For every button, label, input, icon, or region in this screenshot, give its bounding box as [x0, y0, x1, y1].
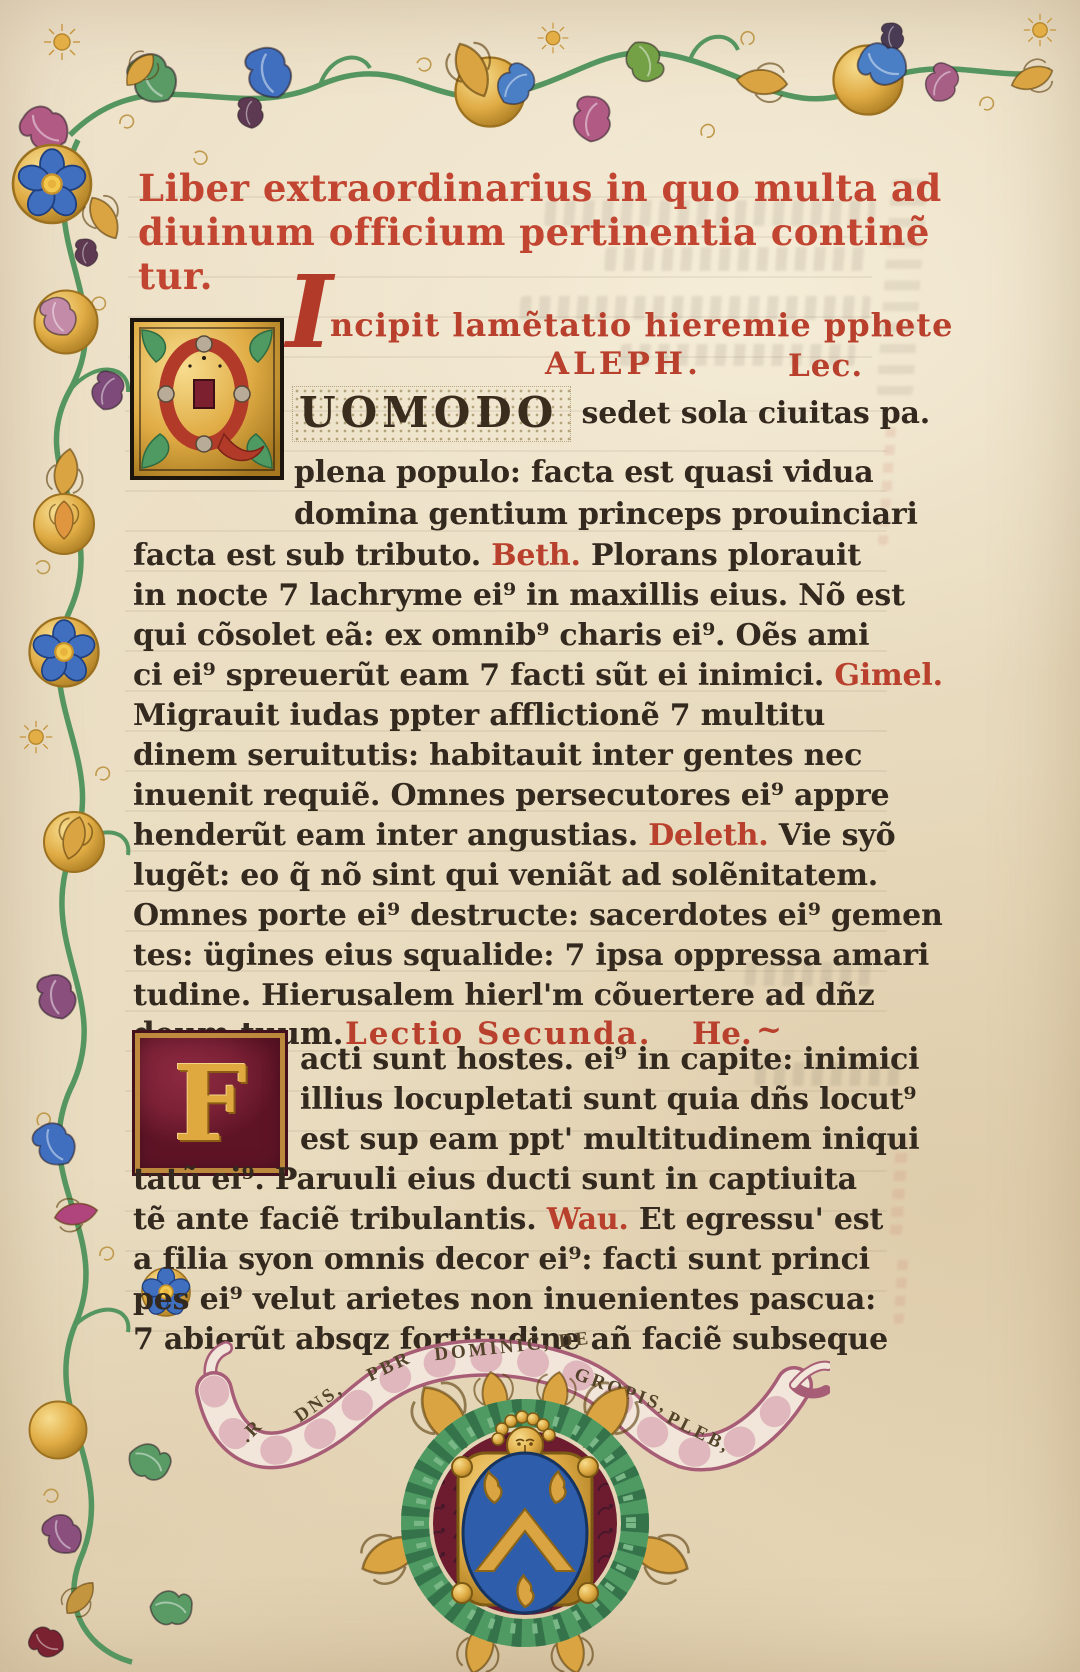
- green-leaf-icon: [621, 36, 667, 86]
- lectio-mark: Lec.: [788, 348, 863, 384]
- blue-acanthus-icon: [28, 1116, 82, 1173]
- manuscript-page: Liber extraordinarius in quo multa ad di…: [0, 0, 1080, 1672]
- text-line: dinem seruitutis: habitauit inter gentes…: [133, 736, 943, 776]
- black-ink-text: Omnes porte ei⁹ destructe: sacerdotes ei…: [133, 898, 943, 933]
- lesson2-indented-lines: acti sunt hostes. ei⁹ in capite: inimici…: [300, 1040, 919, 1160]
- text-line: henderũt eam inter angustias. Deleth. Vi…: [133, 816, 943, 856]
- black-ink-text: acti sunt hostes. ei⁹ in capite: inimici: [300, 1042, 919, 1077]
- gold-disc-icon: [29, 1402, 86, 1459]
- black-ink-text: Migrauit iudas ppter afflictionẽ 7 multi…: [133, 698, 825, 733]
- text-line: Omnes porte ei⁹ destructe: sacerdotes ei…: [133, 896, 943, 936]
- black-ink-text: facta est sub tributo.: [133, 538, 491, 573]
- sun-burst-icon: [1024, 14, 1056, 46]
- rubric-line: Liber extraordinarius in quo multa ad: [138, 166, 942, 210]
- black-ink-text: Vie syõ: [769, 818, 896, 853]
- gold-tulip-icon: [1006, 55, 1058, 101]
- text-line: a filia syon omnis decor ei⁹: facti sunt…: [133, 1240, 888, 1280]
- black-ink-text: henderũt eam inter angustias.: [133, 818, 648, 853]
- text-line: tẽ ante faciẽ tribulantis. Wau. Et egres…: [133, 1200, 888, 1240]
- illuminated-initial-f: F: [132, 1030, 288, 1176]
- rubric: Liber extraordinarius in quo multa ad di…: [138, 166, 942, 298]
- text-line: plena populo: facta est quasi vidua: [294, 452, 918, 494]
- text-line: domina gentium princeps prouinciari: [294, 494, 918, 536]
- red-ink-text: Deleth.: [648, 818, 768, 853]
- text-line: facta est sub tributo. Beth. Plorans plo…: [133, 536, 943, 576]
- purple-flower-icon: [35, 972, 79, 1022]
- pink-acanthus-icon: [571, 94, 615, 144]
- sun-burst-icon: [44, 24, 80, 60]
- lesson1-opening-line: UOMODO sedet sola ciuitas pa.: [292, 386, 930, 442]
- black-ink-text: tẽ ante faciẽ tribulantis.: [133, 1202, 547, 1237]
- text-line: lugẽt: eo q̃ nõ sint qui veniãt ad solẽn…: [133, 856, 943, 896]
- black-ink-text: lugẽt: eo q̃ nõ sint qui veniãt ad solẽn…: [133, 858, 878, 893]
- sun-burst-icon: [538, 23, 569, 54]
- black-ink-text: ci ei⁹ spreuerũt eam 7 facti sũt ei inim…: [133, 658, 834, 693]
- text-line: in nocte 7 lachryme ei⁹ in maxillis eius…: [133, 576, 943, 616]
- cadel-capitals: UOMODO: [292, 386, 571, 442]
- lesson1-lines: facta est sub tributo. Beth. Plorans plo…: [133, 536, 943, 1016]
- black-ink-text: plena populo: facta est quasi vidua: [294, 455, 874, 490]
- red-bud-icon: [25, 1621, 69, 1663]
- text-line: ci ei⁹ spreuerũt eam 7 facti sũt ei inim…: [133, 656, 943, 696]
- text-line: tes: ügines eius squalide: 7 ipsa oppres…: [133, 936, 943, 976]
- hebrew-letter-aleph: ALEPH.: [545, 346, 702, 382]
- red-ink-text: Gimel.: [834, 658, 943, 693]
- black-ink-text: domina gentium princeps prouinciari: [294, 497, 918, 532]
- green-leaf-icon: [148, 1588, 194, 1628]
- initial-letter-f: F: [173, 1042, 247, 1165]
- lesson1-indented-lines: plena populo: facta est quasi viduadomin…: [294, 452, 918, 536]
- black-ink-text: qui cõsolet eã: ex omnib⁹ charis ei⁹. Oẽ…: [133, 618, 869, 653]
- text-line: acti sunt hostes. ei⁹ in capite: inimici: [300, 1040, 919, 1080]
- black-ink-text: est sup eam ppt' multitudinem iniqui: [300, 1122, 919, 1157]
- purple-bud-icon: [75, 239, 97, 266]
- black-ink-text: pes ei⁹ velut arietes non inuenientes pa…: [133, 1282, 876, 1317]
- coat-of-arms: [330, 1355, 720, 1672]
- text-line: est sup eam ppt' multitudinem iniqui: [300, 1120, 919, 1160]
- black-ink-text: inuenit requiẽ. Omnes persecutores ei⁹ a…: [133, 778, 889, 813]
- text-line: tudine. Hierusalem hierl'm cõuertere ad …: [133, 976, 943, 1016]
- purple-bud-icon: [238, 97, 263, 128]
- black-ink-text: a filia syon omnis decor ei⁹: facti sunt…: [133, 1242, 870, 1277]
- rubric-line: diuinum officium pertinentia continẽ: [138, 210, 942, 254]
- text-line: Migrauit iudas ppter afflictionẽ 7 multi…: [133, 696, 943, 736]
- black-ink-text: in nocte 7 lachryme ei⁹ in maxillis eius…: [133, 578, 905, 613]
- gold-tulip-icon: [735, 61, 789, 104]
- text-line: pes ei⁹ velut arietes non inuenientes pa…: [133, 1280, 888, 1320]
- red-ink-text: Wau.: [547, 1202, 629, 1237]
- gold-tulip-icon: [44, 446, 87, 498]
- black-ink-text: Plorans plorauit: [581, 538, 861, 573]
- text-line: qui cõsolet eã: ex omnib⁹ charis ei⁹. Oẽ…: [133, 616, 943, 656]
- black-ink-text: tudine. Hierusalem hierl'm cõuertere ad …: [133, 978, 875, 1013]
- incipit-text: ncipit lamẽtatio hieremie pphete: [330, 306, 953, 344]
- green-leaf-icon: [123, 1437, 176, 1487]
- incipit-initial: I: [286, 262, 333, 362]
- red-ink-text: Beth.: [491, 538, 581, 573]
- opening-red-mark: pa.: [880, 394, 930, 434]
- text-line: illius locupletati sunt quia dñs locut⁹: [300, 1080, 919, 1120]
- black-ink-text: dinem seruitutis: habitauit inter gentes…: [133, 738, 862, 773]
- text-line: inuenit requiẽ. Omnes persecutores ei⁹ a…: [133, 776, 943, 816]
- rubric-line: tur.: [138, 254, 942, 298]
- sun-burst-icon: [20, 721, 52, 753]
- lesson2-lines: tatũ ei⁹. Paruuli eius ducti sunt in cap…: [133, 1160, 888, 1360]
- text-line: tatũ ei⁹. Paruuli eius ducti sunt in cap…: [133, 1160, 888, 1200]
- pink-acanthus-icon: [919, 59, 965, 107]
- black-ink-text: illius locupletati sunt quia dñs locut⁹: [300, 1082, 916, 1117]
- black-ink-text: Et egressu' est: [629, 1202, 883, 1237]
- illuminated-initial-q: [130, 318, 284, 480]
- black-ink-text: tes: ügines eius squalide: 7 ipsa oppres…: [133, 938, 929, 973]
- black-ink-text: tatũ ei⁹. Paruuli eius ducti sunt in cap…: [133, 1162, 857, 1197]
- opening-text: sedet sola ciuitas: [571, 394, 879, 434]
